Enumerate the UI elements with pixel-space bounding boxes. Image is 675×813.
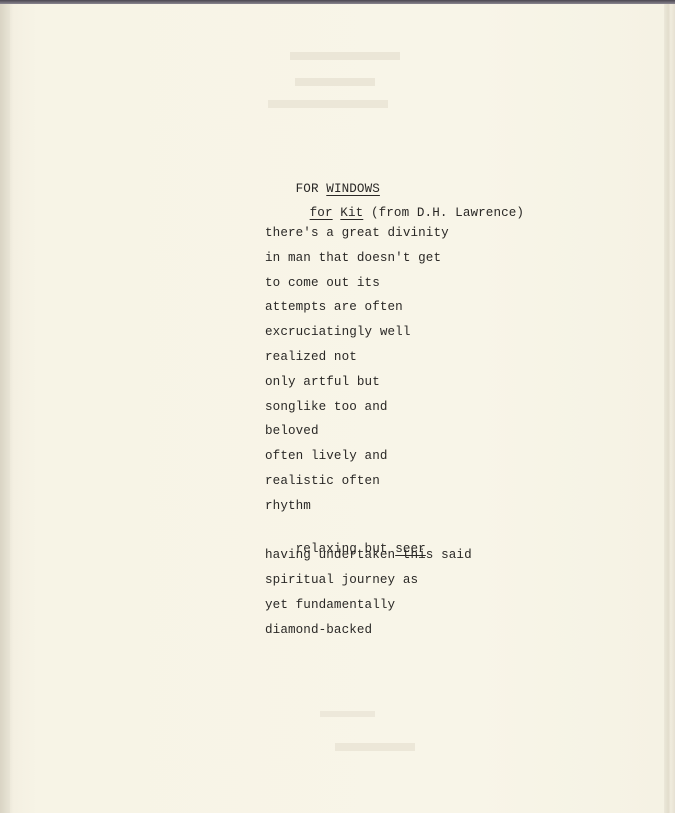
poem-line: realistic often	[265, 472, 524, 497]
poem-line: diamond-backed	[265, 621, 524, 646]
title-underlined: WINDOWS	[326, 182, 380, 196]
poem-line: attempts are often	[265, 298, 524, 323]
poem-line: in man that doesn't get	[265, 249, 524, 274]
poem-line: to come out its	[265, 274, 524, 299]
poem-line: excruciatingly well	[265, 323, 524, 348]
poem-line: there's a great divinity	[265, 224, 524, 249]
page-right-edge	[664, 4, 675, 813]
dedication-name: Kit	[340, 206, 363, 220]
poem-line: only artful but	[265, 373, 524, 398]
poem-line: spiritual journey as	[265, 571, 524, 596]
poem-line: yet fundamentally	[265, 596, 524, 621]
poem: FOR WINDOWS for Kit (from D.H. Lawrence)…	[265, 162, 524, 646]
poem-line: often lively and	[265, 447, 524, 472]
dedication-for: for	[310, 206, 333, 220]
poem-line-seer: relaxing but seer	[265, 522, 524, 547]
binding-shadow	[0, 4, 10, 813]
poem-line: rhythm	[265, 497, 524, 522]
dedication-rest: (from D.H. Lawrence)	[363, 206, 524, 220]
title-prefix: FOR	[296, 182, 327, 196]
poem-line: having undertaken this said	[265, 546, 524, 571]
poem-line: realized not	[265, 348, 524, 373]
poem-title: FOR WINDOWS	[265, 162, 524, 186]
poem-line: songlike too and	[265, 398, 524, 423]
poem-line: beloved	[265, 422, 524, 447]
